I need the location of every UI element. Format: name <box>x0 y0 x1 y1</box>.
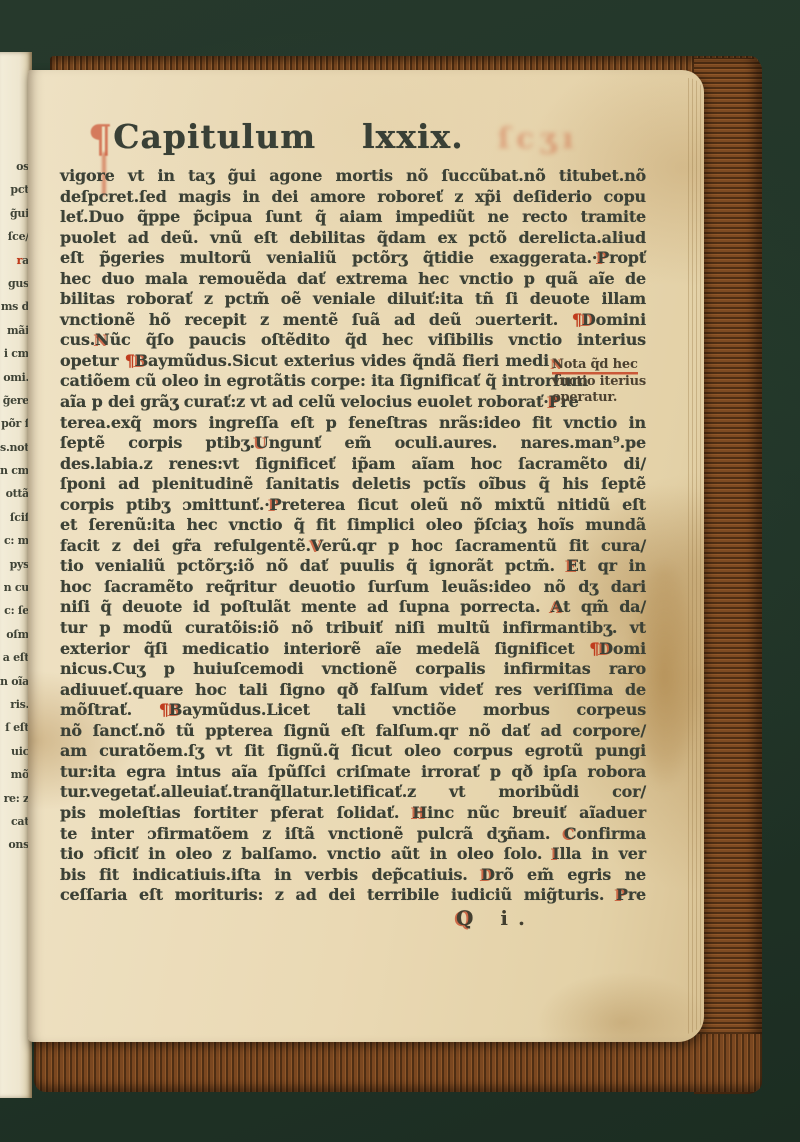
text-line: tur:ita egra intus aĩa ſpũſſci criſmate … <box>60 762 646 783</box>
text-line: cus.Nũc q̃ſo paucis oſtẽdito q̃d hec viſ… <box>60 330 646 351</box>
ink-offset-ghost: ſcʒı <box>498 121 580 155</box>
chapter-number: lxxix. <box>362 117 464 156</box>
text-line: ceſſaria eſt morituris: z ad dei terribi… <box>60 885 646 906</box>
text-line: vigore vt in taʒ g̃ui agone mortis nõ ſu… <box>60 166 646 187</box>
text-line: terea.exq̃ mors ingreſſa eſt p feneſtras… <box>60 413 646 434</box>
rubric-pilcrow-icon: ¶ <box>88 116 112 161</box>
text-line: eſt p̃geries multorũ venialiũ pctõrʒ q̃t… <box>60 248 646 269</box>
text-line: te inter ɔfirmatõem z iſtã vnctionẽ pulc… <box>60 824 646 845</box>
text-line: tur.vegetať.alleuiať.tranq̃llatur.letifi… <box>60 782 646 803</box>
text-line: corpis ptibʒ ɔmittunť.·Preterea ſicut ol… <box>60 495 646 516</box>
text-line: mõſtrať. ¶Baymũdus.Licet tali vnctiõe mo… <box>60 700 646 721</box>
text-line: hoc ſacramẽto req̃ritur deuotio ſurſum l… <box>60 577 646 598</box>
text-line: pis moleſtias fortiter pferat ſolidať. H… <box>60 803 646 824</box>
text-line: bis fit indicatiuis.iſta in verbis dep̃c… <box>60 865 646 886</box>
text-line: niſi q̃ deuote id poſtulãt mente ad ſupn… <box>60 597 646 618</box>
text-line: adiuueť.quare hoc tali ſigno qð falſum v… <box>60 680 646 701</box>
text-line: tio venialiũ pctõrʒ:iõ nõ dať puulis q̃ … <box>60 556 646 577</box>
text-line: nõ ſancť.nõ tũ ppterea ſignũ eſt falſum.… <box>60 721 646 742</box>
margin-note: Nota q̃d hecvnctio iteriusoperatur. <box>552 357 670 407</box>
quire-signature: Q i. <box>456 906 535 930</box>
text-line: bilitas roborať z pctm̃ oẽ veniale dilui… <box>60 289 646 310</box>
text-line: tio ɔficiť in oleo z balſamo. vnctio aũt… <box>60 844 646 865</box>
text-line: am curatõem.ſʒ vt ſit ſignũ.q̃ ſicut ole… <box>60 741 646 762</box>
book-fore-edge-right <box>694 58 762 1094</box>
text-line: catiõem cũ oleo in egrotãtis corpe: ita … <box>60 371 549 392</box>
body-text-block: vigore vt in taʒ g̃ui agone mortis nõ ſu… <box>60 166 646 906</box>
text-line: ſponi ad plenitudinẽ ſanitatis deletis p… <box>60 474 646 495</box>
text-line: vnctionẽ hõ recepit z mentẽ ſuã ad deũ ɔ… <box>60 310 646 331</box>
chapter-heading: ¶Capitulumlxxix.ſcʒı <box>88 116 648 161</box>
book-fore-edge-bottom <box>34 1034 762 1092</box>
text-line: aĩa p dei grãʒ curať:z vt ad celũ veloci… <box>60 392 549 413</box>
page-edge-layers <box>685 78 703 1034</box>
text-line: exterior q̃ſi medicatio interiorẽ aĩe me… <box>60 639 646 660</box>
margin-note-line: Nota q̃d hec <box>552 357 670 374</box>
book-page: ¶Capitulumlxxix.ſcʒı vigore vt in taʒ g̃… <box>28 70 704 1042</box>
margin-note-line: operatur. <box>552 390 670 407</box>
text-line: deſpcret.ſed magis in dei amore roboreť … <box>60 187 646 208</box>
margin-note-line: vnctio iterius <box>552 374 670 391</box>
text-line: puolet ad deũ. vnũ eſt debilitas q̃dam e… <box>60 228 646 249</box>
text-line: nicus.Cuʒ p huiuſcemodi vnctionẽ corpali… <box>60 659 646 680</box>
text-line: tur p modũ curatõis:iõ nõ tribuiť niſi m… <box>60 618 646 639</box>
text-line: ſeptẽ corpis ptibʒ.Ungunť em̃ oculi.aure… <box>60 433 646 454</box>
text-line: des.labia.z renes:vt ſignificeť ip̃am aĩ… <box>60 454 646 475</box>
photo-background: ospctg̃uiſce/ragusms dmãii cmomi.g̃erepõ… <box>0 0 800 1142</box>
text-line: et ſerenũ:ita hec vnctio q̃ fit ſimplici… <box>60 515 646 536</box>
text-line: leť.Duo q̃ppe p̃cipua ſunt q̃ aiam imped… <box>60 207 646 228</box>
text-line: opetur ¶Baymũdus.Sicut exterius vides q̃… <box>60 351 549 372</box>
chapter-title: Capitulum <box>113 117 316 156</box>
text-line: facit z dei gr̃a refulgentẽ.Verũ.qr p ho… <box>60 536 646 557</box>
text-line: hec duo mala remouẽda dať extrema hec vn… <box>60 269 646 290</box>
